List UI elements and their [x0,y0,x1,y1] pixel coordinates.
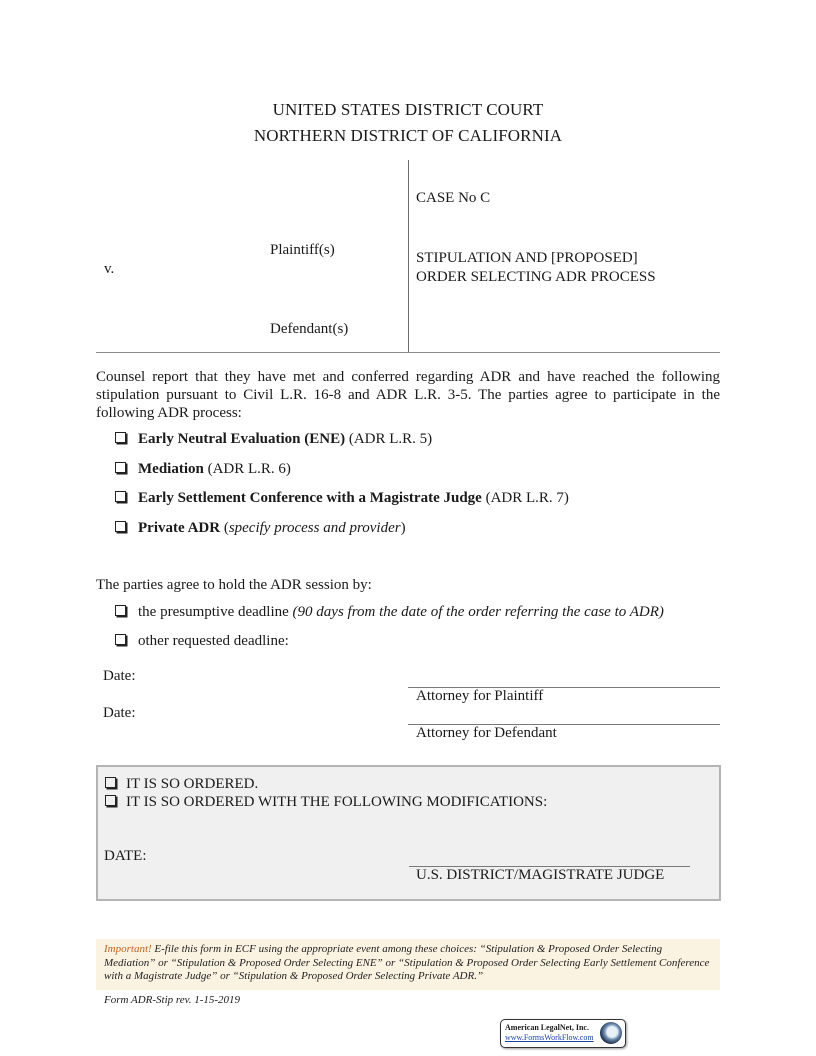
checkbox-icon[interactable] [115,605,126,616]
date-label-plaintiff: Date: [103,668,135,685]
form-revision: Form ADR-Stip rev. 1-15-2019 [104,994,240,1006]
option-label: Mediation [138,461,204,477]
order-option-with-modifications[interactable]: IT IS SO ORDERED WITH THE FOLLOWING MODI… [105,794,547,811]
plaintiff-label: Plaintiff(s) [270,242,335,259]
option-paren-open: ( [220,520,229,536]
option-rule: (ADR L.R. 7) [482,490,569,506]
badge-url-link[interactable]: www.FormsWorkFlow.com [505,1033,594,1042]
court-name: UNITED STATES DISTRICT COURT [0,100,816,120]
attorney-plaintiff-label: Attorney for Plaintiff [416,688,543,705]
option-label: IT IS SO ORDERED. [126,776,258,792]
defendant-label: Defendant(s) [270,321,348,338]
versus-label: v. [104,261,114,278]
adr-option-ene[interactable]: Early Neutral Evaluation (ENE) (ADR L.R.… [115,431,432,448]
checkbox-icon[interactable] [115,521,126,532]
order-option-so-ordered[interactable]: IT IS SO ORDERED. [105,776,258,793]
option-rule: (ADR L.R. 5) [345,431,432,447]
checkbox-icon[interactable] [115,491,126,502]
option-rule: (ADR L.R. 6) [204,461,291,477]
notice-text: E-file this form in ECF using the approp… [104,943,709,982]
checkbox-icon[interactable] [115,432,126,443]
option-hint: (90 days from the date of the order refe… [293,604,664,620]
document-title-line-1: STIPULATION AND [PROPOSED] [416,250,638,267]
judge-label: U.S. DISTRICT/MAGISTRATE JUDGE [416,867,664,884]
district-name: NORTHERN DISTRICT OF CALIFORNIA [0,126,816,146]
checkbox-icon[interactable] [105,795,116,806]
option-hint: specify process and provider [229,520,401,536]
efile-notice: Important! E-file this form in ECF using… [96,939,720,990]
american-legalnet-badge[interactable]: American LegalNet, Inc. www.FormsWorkFlo… [500,1019,626,1048]
caption-bottom-rule [96,352,720,353]
attorney-defendant-label: Attorney for Defendant [416,725,557,742]
option-label: Private ADR [138,520,220,536]
document-title-line-2: ORDER SELECTING ADR PROCESS [416,269,656,286]
globe-logo-icon [600,1022,622,1044]
order-box: IT IS SO ORDERED. IT IS SO ORDERED WITH … [96,765,721,901]
checkbox-icon[interactable] [115,462,126,473]
adr-option-mediation[interactable]: Mediation (ADR L.R. 6) [115,461,291,478]
adr-option-private[interactable]: Private ADR (specify process and provide… [115,520,406,537]
deadline-option-presumptive[interactable]: the presumptive deadline (90 days from t… [115,604,664,621]
case-number[interactable]: CASE No C [416,190,490,207]
option-label: IT IS SO ORDERED WITH THE FOLLOWING MODI… [126,794,547,810]
adr-option-settlement-conference[interactable]: Early Settlement Conference with a Magis… [115,490,569,507]
order-date-label: DATE: [104,848,147,865]
badge-company: American LegalNet, Inc. [505,1023,589,1032]
checkbox-icon[interactable] [105,777,116,788]
session-prompt: The parties agree to hold the ADR sessio… [96,577,372,594]
intro-paragraph: Counsel report that they have met and co… [96,368,720,422]
caption-divider [408,160,409,352]
option-label: Early Settlement Conference with a Magis… [138,490,482,506]
option-label: the presumptive deadline [138,604,293,620]
option-label: Early Neutral Evaluation (ENE) [138,431,345,447]
checkbox-icon[interactable] [115,634,126,645]
option-label: other requested deadline: [138,633,289,649]
option-paren-close: ) [401,520,406,536]
important-label: Important! [104,943,152,955]
deadline-option-other[interactable]: other requested deadline: [115,633,289,650]
date-label-defendant: Date: [103,705,135,722]
